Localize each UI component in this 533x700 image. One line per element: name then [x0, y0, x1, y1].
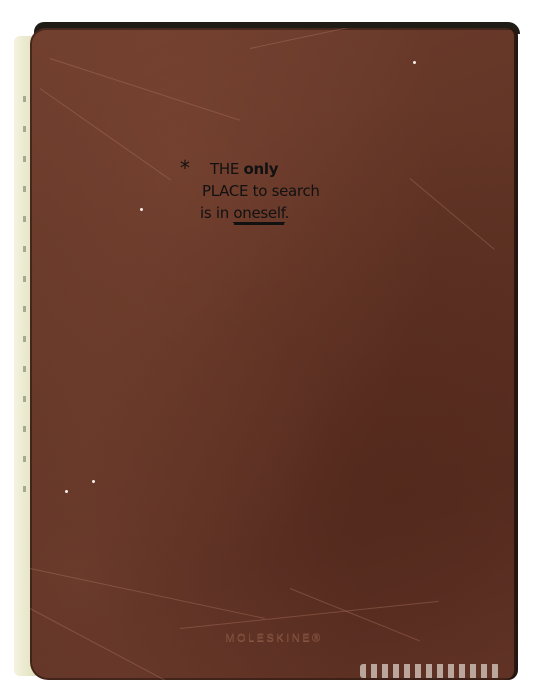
underlined-word: oneself [233, 204, 284, 223]
crease [30, 608, 207, 680]
speck [413, 61, 416, 64]
crease [250, 28, 387, 49]
note-line-3: is in oneself. [200, 202, 440, 224]
crease [180, 601, 439, 629]
note-line-2: PLACE to search [202, 180, 440, 202]
speck [92, 480, 95, 483]
crease [40, 88, 172, 181]
embossed-brand-logo: MOLESKINE® [30, 632, 518, 644]
note-line-1: THE only [210, 158, 440, 180]
worn-edge-scuff [360, 664, 500, 678]
notebook-cover: * THE only PLACE to search is in oneself… [30, 28, 518, 680]
handwritten-note: * THE only PLACE to search is in oneself… [180, 158, 440, 224]
speck [65, 490, 68, 493]
crease [30, 568, 265, 619]
asterisk: * [180, 156, 190, 180]
speck [140, 208, 143, 211]
emphasis-word: only [244, 160, 279, 178]
crease [50, 58, 241, 121]
